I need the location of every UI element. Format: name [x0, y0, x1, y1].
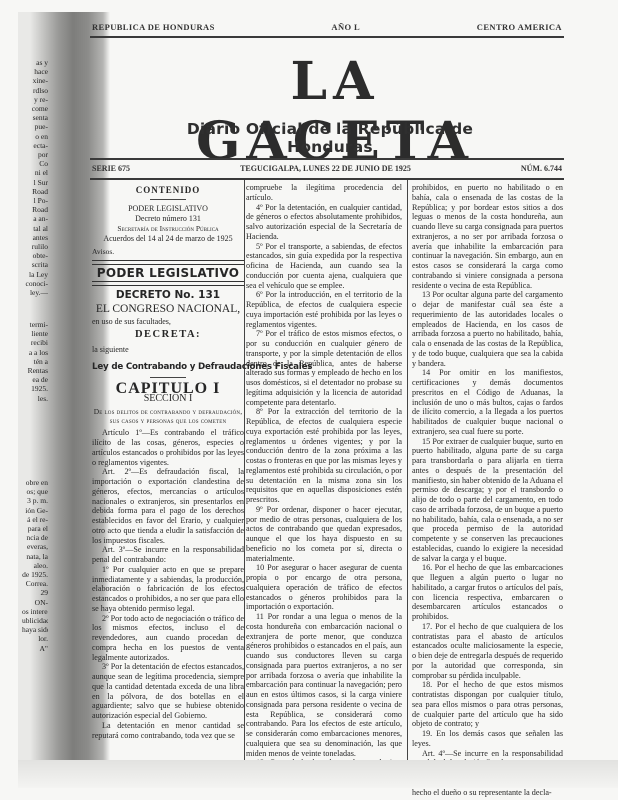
- law-title: Ley de Contrabando y Defraudaciones Fisc…: [92, 363, 244, 373]
- serie-label: SERIE 675: [92, 164, 130, 176]
- bleed-fragment: ublicidad: [22, 616, 48, 625]
- bleed-fragment: ON-: [22, 598, 48, 607]
- article-paragraph: 3º Por la detentación de efectos estanca…: [92, 662, 244, 721]
- top-rule: [90, 36, 564, 38]
- bleed-fragment: Rentas: [22, 366, 48, 375]
- bleed-fragments-bottom: obre enos; que3 p. m.ión Ge-á el re-para…: [22, 478, 48, 653]
- bleed-fragment: á el re-: [22, 515, 48, 524]
- bleed-fragment: por: [22, 150, 48, 159]
- toc-item-avisos: Avisos.: [92, 247, 244, 257]
- article-paragraph: 18. Por el hecho de que estos mismos con…: [412, 680, 563, 729]
- article-paragraph: 4º Por la detentación, en cualquier cant…: [246, 203, 402, 242]
- section-heading: SECCION I: [92, 394, 244, 404]
- article-paragraph: 5º Por el transporte, a sabiendas, de ef…: [246, 242, 402, 291]
- toc-item-secretaria: Secretaría de Instrucción Pública: [92, 224, 244, 234]
- bleed-fragment: nata, la: [22, 552, 48, 561]
- article-paragraph: 2º Por todo acto de negociación o tráfic…: [92, 614, 244, 663]
- bleed-fragment: aleo.: [22, 561, 48, 570]
- decreta-heading: DECRETA:: [92, 330, 244, 340]
- siguiente-text: la siguiente: [92, 345, 244, 355]
- toc-item-acuerdos: Acuerdos del 14 al 24 de marzo de 1925: [92, 234, 244, 244]
- bleed-fragment: rulilo: [22, 242, 48, 251]
- column-divider-2: [407, 180, 408, 765]
- bleed-fragment: a an-: [22, 214, 48, 223]
- bleed-fragment: Road: [22, 205, 48, 214]
- bleed-fragment: as y: [22, 58, 48, 67]
- bleed-fragment: conoci-: [22, 279, 48, 288]
- article-paragraph: 13 Por ocultar alguna parte del cargamen…: [412, 290, 563, 368]
- bleed-fragment: obte-: [22, 251, 48, 260]
- section-rule-2: [92, 281, 244, 286]
- article-paragraph: La detentación en menor cantidad se repu…: [92, 721, 244, 741]
- article-paragraph: 16. Por el hecho de que las embarcacione…: [412, 563, 563, 622]
- bleed-fragment: rdlso: [22, 86, 48, 95]
- bleed-fragment: Correa.: [22, 579, 48, 588]
- bleed-fragments-top: as yhacexine-rdlsoy re-comesentapue-o en…: [22, 58, 48, 297]
- delitos-heading: De los delitos de contrabando y defrauda…: [92, 407, 244, 425]
- bleed-fragment: ncia de: [22, 533, 48, 542]
- bleed-fragment: termi-: [22, 320, 48, 329]
- decree-number: DECRETO No. 131: [92, 291, 244, 301]
- article-paragraph: Art. 3º—Se incurre en la responsabilidad…: [92, 545, 244, 565]
- bleed-fragment: xine-: [22, 76, 48, 85]
- article-paragraph: 8º Por la extracción del territorio de l…: [246, 407, 402, 505]
- dateline-top-rule: [90, 158, 564, 160]
- bleed-fragment: obre en: [22, 478, 48, 487]
- article-paragraph: compruebe la ilegítima procedencia del a…: [246, 183, 402, 203]
- bleed-fragment: ni el: [22, 168, 48, 177]
- section-rule: [92, 260, 244, 265]
- bleed-fragment: y re-: [22, 95, 48, 104]
- bleed-fragment: pue-: [22, 122, 48, 131]
- bleed-fragment: les.: [22, 394, 48, 403]
- article-paragraph: Art. 2º—Es defraudación fiscal, la impor…: [92, 467, 244, 545]
- bleed-fragments-low: termi-lienterecibia a lostén aRentasea d…: [22, 320, 48, 403]
- bleed-fragment: Road: [22, 187, 48, 196]
- bleed-fragment: l Sur: [22, 178, 48, 187]
- contenido-heading: CONTENIDO: [92, 186, 244, 196]
- column-3: prohibidos, en puerto no habilitado o en…: [412, 183, 563, 797]
- bleed-fragment: lor.: [22, 634, 48, 643]
- article-paragraph: 1º Por cualquier acto en que se prepare …: [92, 565, 244, 614]
- bleed-fragment: come: [22, 104, 48, 113]
- country-label: REPUBLICA DE HONDURAS: [92, 22, 215, 36]
- date-label: TEGUCIGALPA, LUNES 22 DE JUNIO DE 1925: [240, 164, 411, 176]
- bleed-fragment: tén a: [22, 357, 48, 366]
- issue-number: NÚM. 6.744: [521, 164, 562, 176]
- article-paragraph: 11 Por rondar a una legua o menos de la …: [246, 612, 402, 758]
- bleed-fragment: recibi: [22, 338, 48, 347]
- region-label: CENTRO AMERICA: [477, 22, 562, 36]
- bleed-fragment: Co: [22, 159, 48, 168]
- bleed-fragment: senta: [22, 113, 48, 122]
- column-1: CONTENIDO PODER LEGISLATIVO Decreto núme…: [92, 183, 244, 740]
- article-paragraph: 10 Por asegurar o hacer asegurar de cuen…: [246, 563, 402, 612]
- article-paragraph: 7º Por el tráfico de estos mismos efecto…: [246, 329, 402, 407]
- column-divider-1: [244, 180, 245, 765]
- bleed-fragment: os; que: [22, 487, 48, 496]
- bleed-fragment: la Ley: [22, 270, 48, 279]
- bleed-fragment: para el: [22, 524, 48, 533]
- bleed-fragment: antes: [22, 233, 48, 242]
- bleed-fragment: haya sido: [22, 625, 48, 634]
- dateline-bar: SERIE 675 TEGUCIGALPA, LUNES 22 DE JUNIO…: [92, 164, 562, 176]
- bleed-fragment: 3 p. m.: [22, 496, 48, 505]
- article-paragraph: Artículo 1º—Es contrabando el tráfico il…: [92, 428, 244, 467]
- facultades-text: en uso de sus facultades,: [92, 317, 244, 327]
- bleed-fragment: tal al: [22, 224, 48, 233]
- congress-heading: EL CONGRESO NACIONAL,: [92, 305, 244, 315]
- bleed-fragment: everas,: [22, 542, 48, 551]
- bleed-fragment: ea de: [22, 375, 48, 384]
- article-paragraph: prohibidos, en puerto no habilitado o en…: [412, 183, 563, 290]
- toc-item-decreto: Decreto número 131: [92, 214, 244, 224]
- bleed-fragment: os intere-: [22, 607, 48, 616]
- bleed-fragment: 29: [22, 588, 48, 597]
- bleed-fragment: a a los: [22, 348, 48, 357]
- dateline-bottom-rule: [90, 178, 564, 180]
- bleed-fragment: ley.—: [22, 288, 48, 297]
- bleed-fragment: 1925.: [22, 384, 48, 393]
- top-bar: REPUBLICA DE HONDURAS AÑO L CENTRO AMERI…: [92, 22, 562, 36]
- year-label: AÑO L: [331, 22, 360, 36]
- article-paragraph: 14 Por omitir en los manifiestos, certif…: [412, 368, 563, 436]
- article-paragraph: 19. En los demás casos que señalen las l…: [412, 729, 563, 749]
- article-paragraph: 6º Por la introducción, en el territorio…: [246, 290, 402, 329]
- bleed-fragment: hace: [22, 67, 48, 76]
- bleed-fragment: o en: [22, 132, 48, 141]
- article-paragraph: 9º Por ordenar, disponer o hacer ejecuta…: [246, 505, 402, 564]
- section-banner: PODER LEGISLATIVO: [92, 269, 244, 279]
- toc-item-poder: PODER LEGISLATIVO: [92, 204, 244, 214]
- contenido-rule: [150, 199, 186, 200]
- article-paragraph: 17. Por el hecho de que cualquiera de lo…: [412, 622, 563, 681]
- newspaper-page: as yhacexine-rdlsoy re-comesentapue-o en…: [0, 0, 618, 800]
- bleed-fragment: A": [22, 644, 48, 653]
- bleed-fragment: ecta-: [22, 141, 48, 150]
- article-paragraph: 15 Por extraer de cualquier buque, surto…: [412, 437, 563, 564]
- bleed-fragment: scrita: [22, 260, 48, 269]
- masthead-subtitle: Diario Oficial de la República de Hondur…: [170, 120, 490, 156]
- bleed-fragment: liente: [22, 329, 48, 338]
- page-bottom-shadow: [18, 760, 618, 788]
- bleed-fragment: l Po-: [22, 196, 48, 205]
- bleed-fragment: ión Ge-: [22, 506, 48, 515]
- column-2: compruebe la ilegítima procedencia del a…: [246, 183, 402, 788]
- bleed-fragment: de 1925.: [22, 570, 48, 579]
- law-rule: [150, 377, 186, 378]
